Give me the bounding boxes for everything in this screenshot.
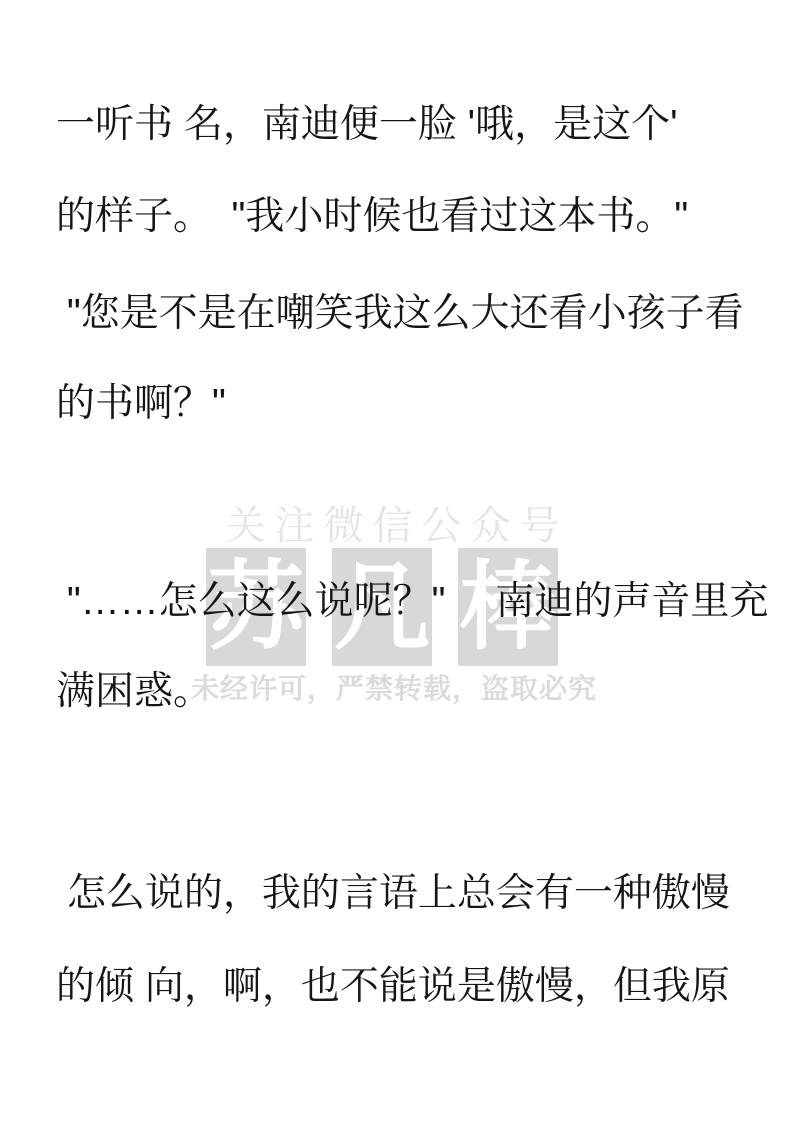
text-line: "您是不是在嘲笑我这么大还看小孩子看 <box>56 292 744 336</box>
text-line: 的书啊？" <box>56 382 226 426</box>
text-line: 的样子。 "我小时候也看过这本书。" <box>56 195 688 239</box>
text-line: "……怎么这么说呢？" 南迪的声音里充 <box>56 580 768 624</box>
text-line: 的倾 向，啊，也不能说是傲慢，但我原 <box>56 965 730 1009</box>
watermark-slogan: 关注微信公众号 <box>0 494 794 551</box>
text-line: 满困惑。 <box>56 670 212 714</box>
text-line: 怎么说的，我的言语上总会有一种傲慢 <box>56 872 730 916</box>
text-line: 一听书 名，南迪便一脸 '哦，是这个' <box>56 103 678 147</box>
document-page: 关注微信公众号 苏 凡 棒 未经许可，严禁转载，盗取必究 一听书 名，南迪便一脸… <box>0 0 794 1122</box>
watermark: 关注微信公众号 苏 凡 棒 未经许可，严禁转载，盗取必究 <box>0 0 794 1122</box>
